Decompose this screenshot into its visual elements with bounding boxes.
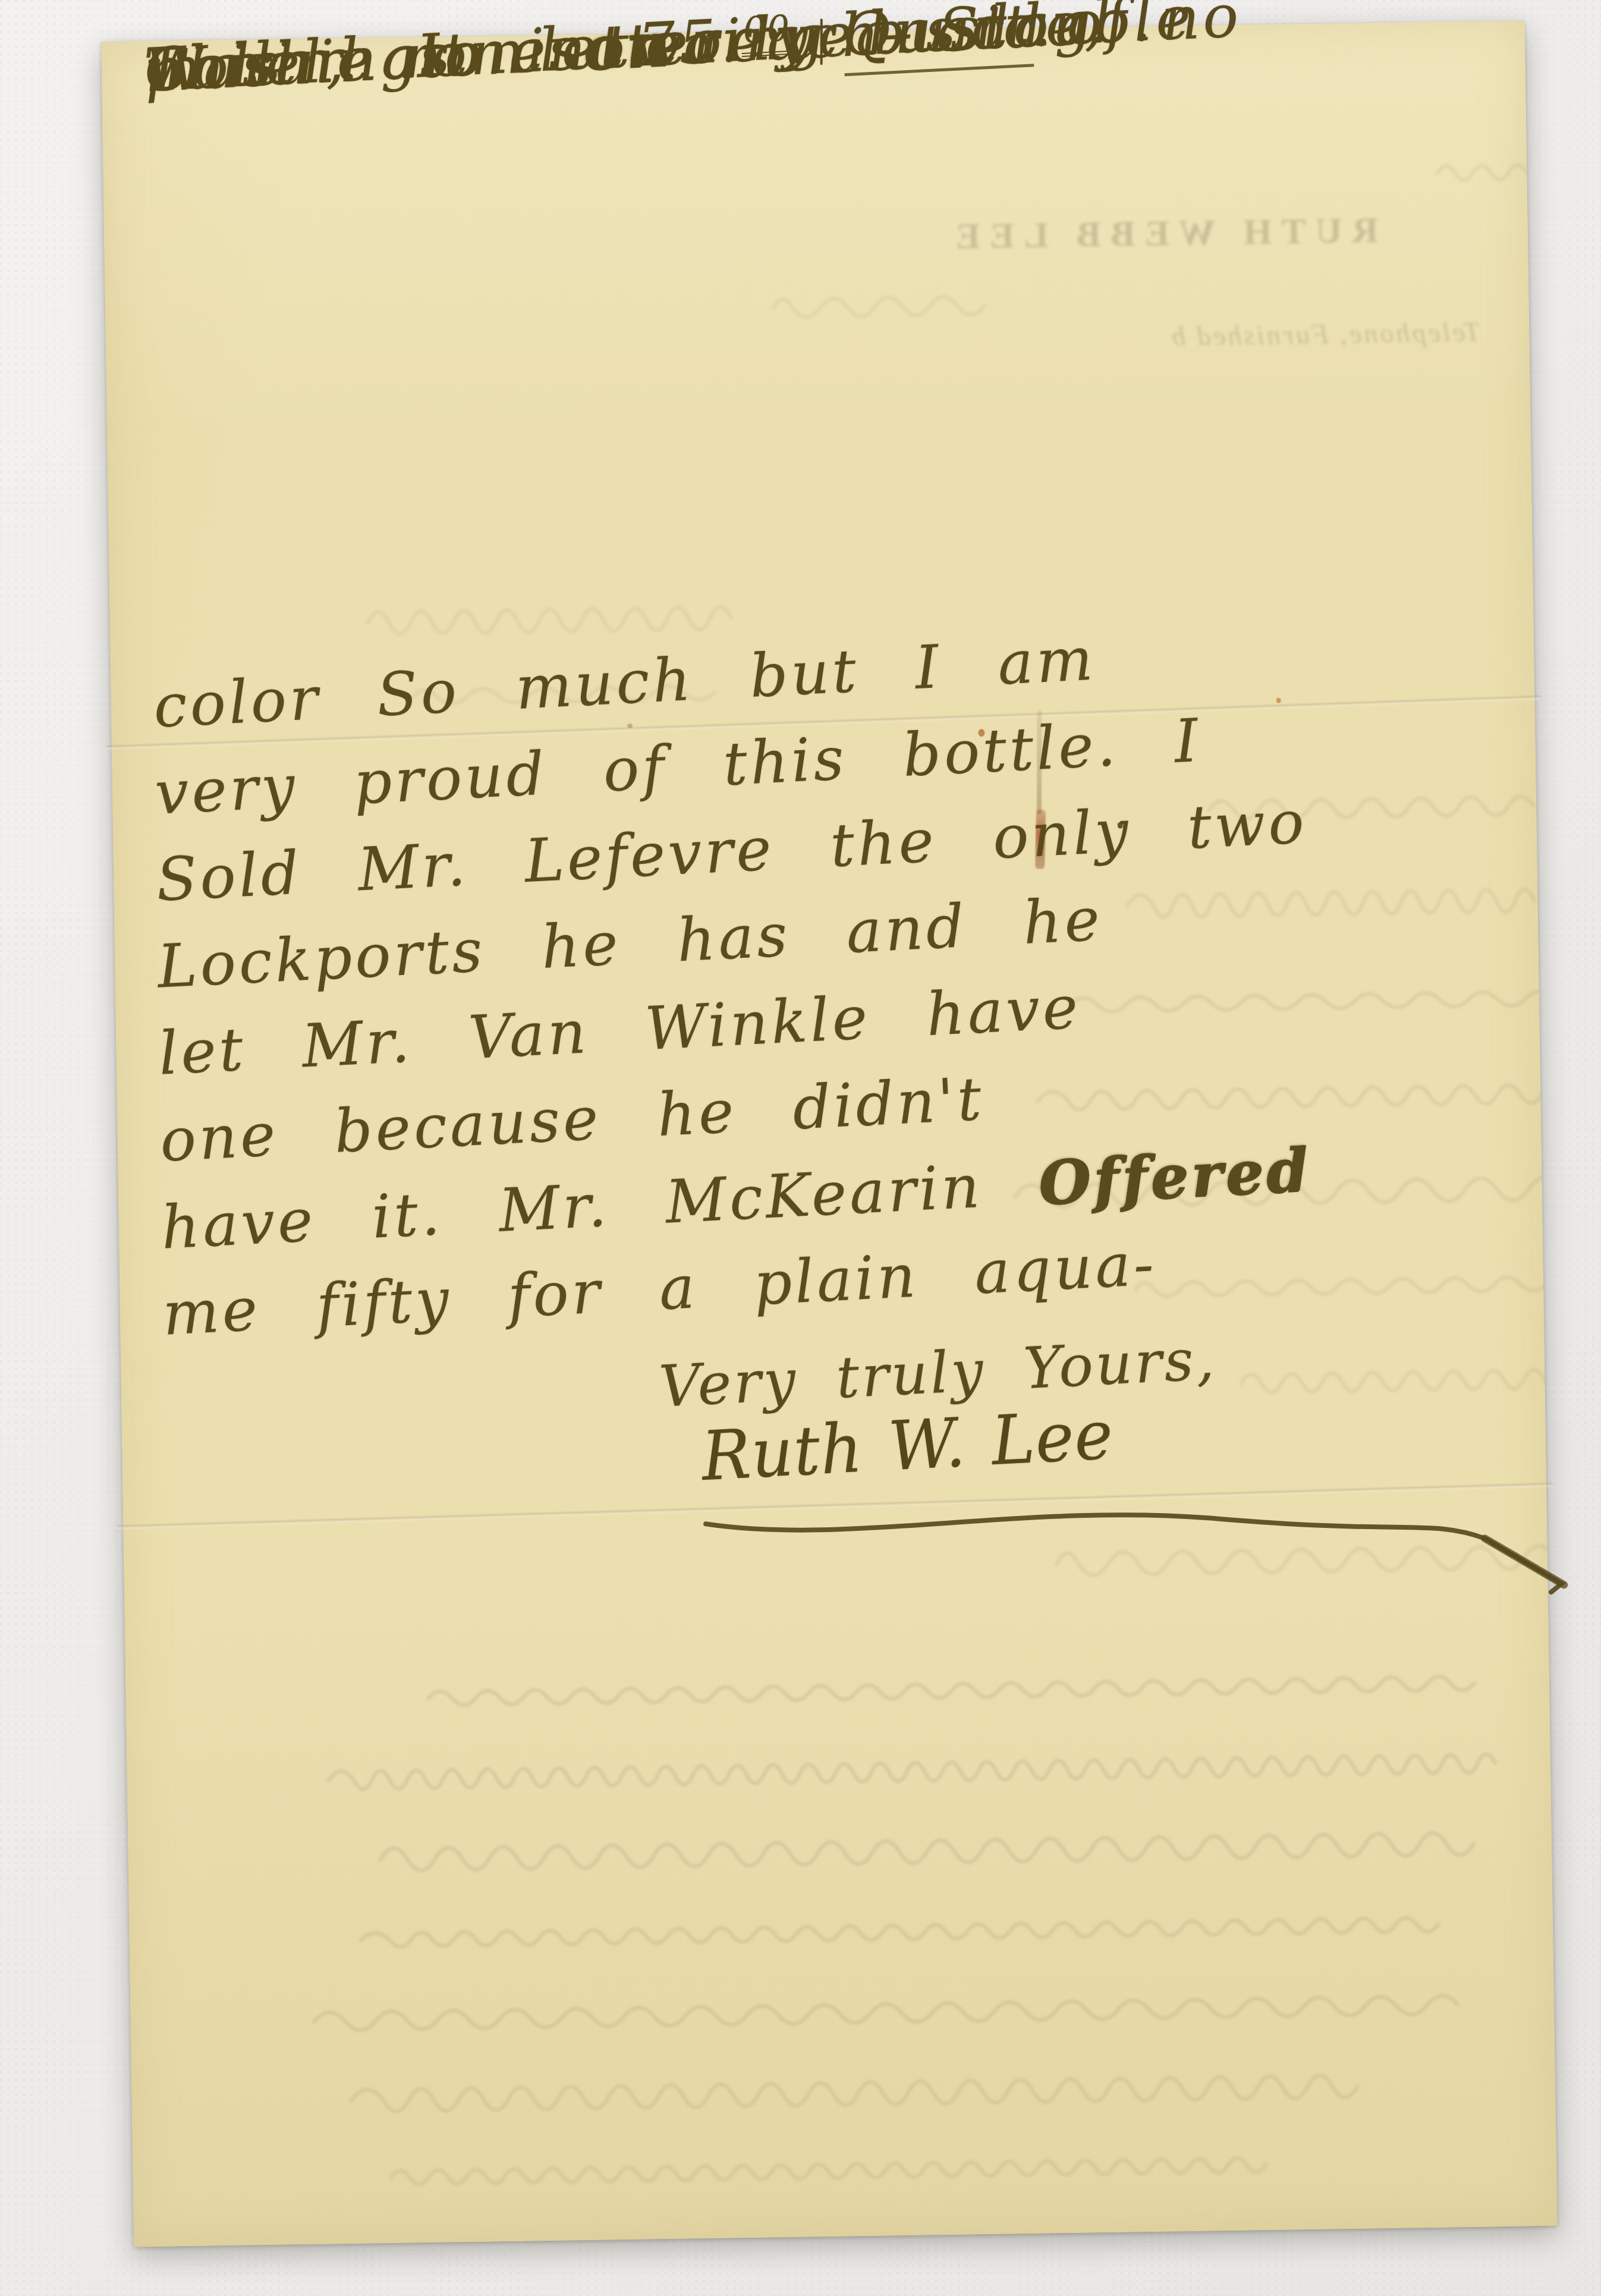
letter-paper: RUTH WEBB LEE Telephone, Furnished b col… (101, 20, 1558, 2247)
underlined-word-quart: Quart (841, 0, 1034, 76)
bleed-through-line (770, 272, 974, 342)
ghost-letterhead-title: RUTH WEBB LEE (859, 210, 1466, 256)
photograph-background: { "scene": { "description": "Photograph … (0, 0, 1601, 2296)
letter-line-13-period: . (1030, 0, 1055, 60)
overwritten-word: Offered (1037, 1134, 1312, 1218)
bleed-through-line (1067, 971, 1555, 1033)
bleed-through-line (388, 2137, 1269, 2205)
bleed-through-line (377, 1804, 1478, 1899)
tally-tick-mark (820, 18, 822, 65)
bleed-through-line (326, 1729, 1486, 1814)
bleed-through-line (1035, 1059, 1558, 1134)
bleed-through-line (312, 1971, 1436, 2055)
bleed-through-line (1435, 144, 1558, 201)
bleed-through-line (1238, 1345, 1558, 1417)
bleed-through-line (348, 2046, 1360, 2141)
rust-speck (1276, 698, 1281, 703)
bleed-through-line (358, 1897, 1429, 1968)
price-superscript: 00 (740, 8, 794, 57)
bleed-through-line (1133, 1256, 1558, 1317)
rust-speck (627, 724, 633, 728)
signature-flourish (693, 1435, 1599, 1638)
bleed-through-line (1124, 860, 1542, 946)
ghost-letterhead-telephone: Telephone, Furnished b (1169, 319, 1480, 351)
bleed-through-line (426, 1656, 1461, 1726)
